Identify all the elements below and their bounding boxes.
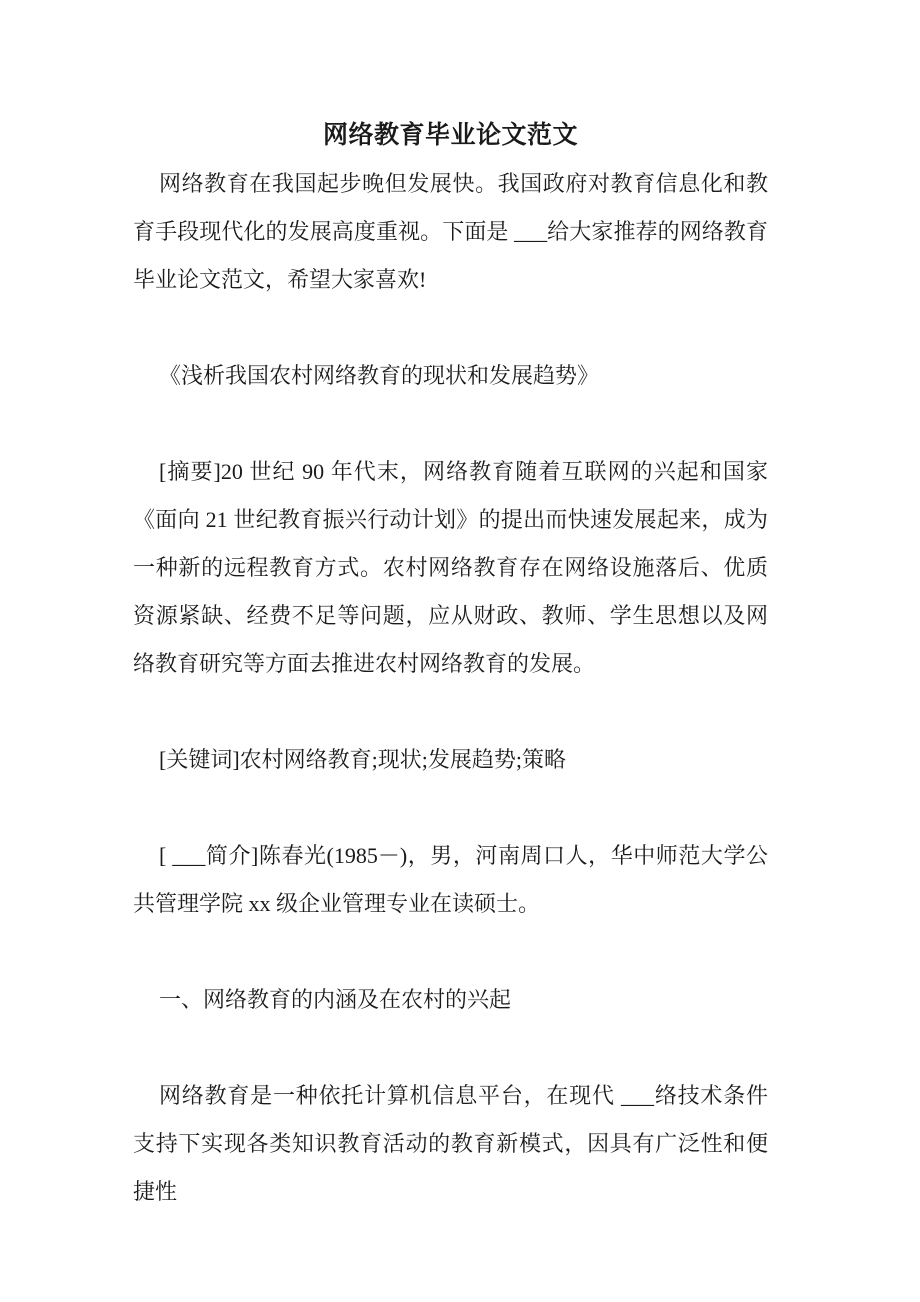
document-title: 网络教育毕业论文范文	[133, 112, 768, 160]
section-heading-one: 一、网络教育的内涵及在农村的兴起	[133, 976, 768, 1024]
document-page: 网络教育毕业论文范文 网络教育在我国起步晚但发展快。我国政府对教育信息化和教育手…	[0, 0, 920, 1302]
keywords-paragraph: [关键词]农村网络教育;现状;发展趋势;策略	[133, 736, 768, 784]
abstract-paragraph: [摘要]20 世纪 90 年代末，网络教育随着互联网的兴起和国家《面向 21 世…	[133, 448, 768, 688]
paper-title-paragraph: 《浅析我国农村网络教育的现状和发展趋势》	[133, 352, 768, 400]
intro-paragraph: 网络教育在我国起步晚但发展快。我国政府对教育信息化和教育手段现代化的发展高度重视…	[133, 160, 768, 304]
author-bio-paragraph: [ ___简介]陈春光(1985－)，男，河南周口人，华中师范大学公共管理学院 …	[133, 832, 768, 928]
body-paragraph-network-education: 网络教育是一种依托计算机信息平台，在现代 ___络技术条件支持下实现各类知识教育…	[133, 1072, 768, 1216]
